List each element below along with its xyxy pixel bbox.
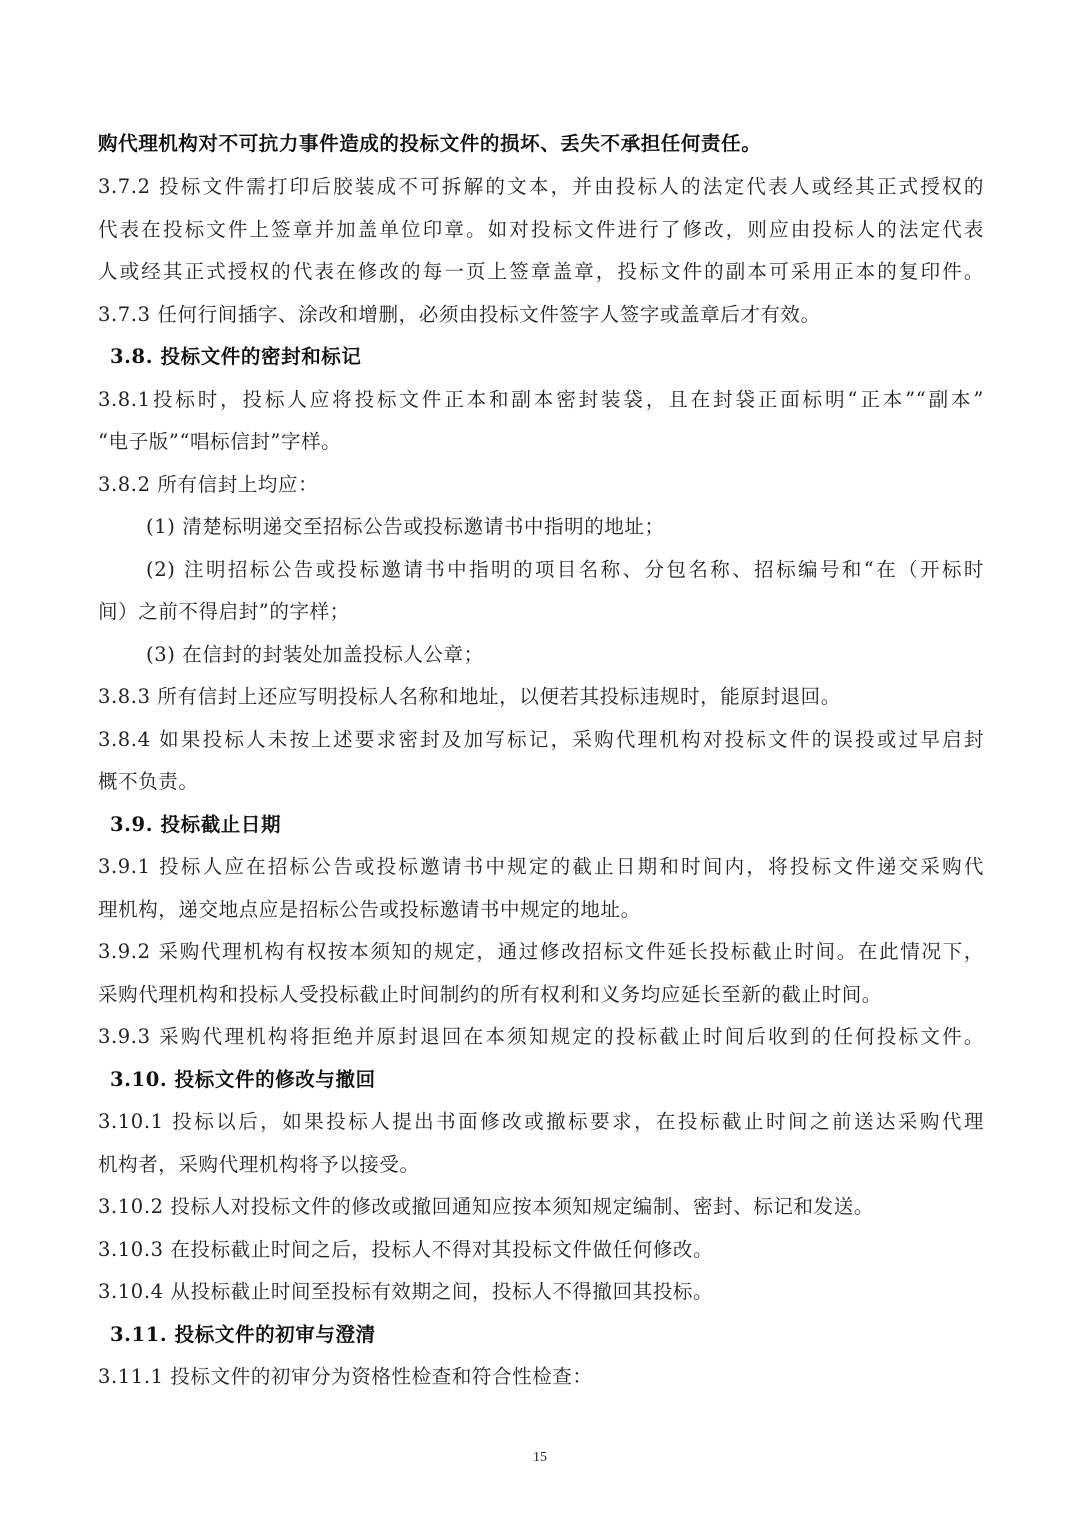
list-item-2: (2) 注明招标公告或投标邀请书中指明的项目名称、分包名称、招标编号和“在（开标… (146, 556, 984, 584)
clause-3-9-3: 3.9.3 采购代理机构将拒绝并原封退回在本须知规定的投标截止时间后收到的任何投… (98, 1023, 984, 1051)
clause-3-10-4: 3.10.4 从投标截止时间至投标有效期之间，投标人不得撤回其投标。 (98, 1278, 984, 1306)
paragraph-line: 人或经其正式授权的代表在修改的每一页上签章盖章，投标文件的副本可采用正本的复印件… (98, 258, 984, 286)
paragraph-line: “电子版”“唱标信封”字样。 (98, 428, 984, 456)
clause-3-10-3: 3.10.3 在投标截止时间之后，投标人不得对其投标文件做任何修改。 (98, 1236, 984, 1264)
clause-3-9-1: 3.9.1 投标人应在招标公告或投标邀请书中规定的截止日期和时间内，将投标文件递… (98, 853, 984, 881)
page-number: 15 (0, 1450, 1080, 1466)
list-item-3: (3) 在信封的封装处加盖投标人公章； (146, 641, 984, 669)
paragraph-line: 间）之前不得启封”的字样； (98, 598, 984, 626)
clause-3-8-2: 3.8.2 所有信封上均应： (98, 471, 984, 499)
paragraph-line: 代表在投标文件上签章并加盖单位印章。如对投标文件进行了修改，则应由投标人的法定代… (98, 216, 984, 244)
clause-3-8-3: 3.8.3 所有信封上还应写明投标人名称和地址，以便若其投标违规时，能原封退回。 (98, 683, 984, 711)
clause-3-11-1: 3.11.1 投标文件的初审分为资格性检查和符合性检查： (98, 1363, 984, 1391)
section-heading-3-10: 3.10. 投标文件的修改与撤回 (110, 1066, 996, 1094)
clause-3-7-2: 3.7.2 投标文件需打印后胶装成不可拆解的文本，并由投标人的法定代表人或经其正… (98, 173, 984, 201)
paragraph-line: 机构者，采购代理机构将予以接受。 (98, 1151, 984, 1179)
paragraph-line: 采购代理机构和投标人受投标截止时间制约的所有权利和义务均应延长至新的截止时间。 (98, 981, 984, 1009)
list-item-1: (1) 清楚标明递交至招标公告或投标邀请书中指明的地址； (146, 513, 984, 541)
paragraph-line: 理机构，递交地点应是招标公告或投标邀请书中规定的地址。 (98, 896, 984, 924)
clause-3-8-4: 3.8.4 如果投标人未按上述要求密封及加写标记，采购代理机构对投标文件的误投或… (98, 726, 984, 754)
clause-3-10-2: 3.10.2 投标人对投标文件的修改或撤回通知应按本须知规定编制、密封、标记和发… (98, 1193, 984, 1221)
paragraph-line: 概不负责。 (98, 768, 984, 796)
paragraph-line: 购代理机构对不可抗力事件造成的投标文件的损坏、丢失不承担任何责任。 (98, 130, 984, 158)
clause-3-7-3: 3.7.3 任何行间插字、涂改和增删，必须由投标文件签字人签字或盖章后才有效。 (98, 301, 984, 329)
document-page: 购代理机构对不可抗力事件造成的投标文件的损坏、丢失不承担任何责任。 3.7.2 … (0, 0, 1080, 1527)
clause-3-8-1: 3.8.1投标时，投标人应将投标文件正本和副本密封装袋，且在封袋正面标明“正本”… (98, 386, 984, 414)
section-heading-3-9: 3.9. 投标截止日期 (110, 811, 996, 839)
clause-3-10-1: 3.10.1 投标以后，如果投标人提出书面修改或撤标要求，在投标截止时间之前送达… (98, 1108, 984, 1136)
section-heading-3-8: 3.8. 投标文件的密封和标记 (110, 343, 996, 371)
clause-3-9-2: 3.9.2 采购代理机构有权按本须知的规定，通过修改招标文件延长投标截止时间。在… (98, 938, 984, 966)
section-heading-3-11: 3.11. 投标文件的初审与澄清 (110, 1321, 996, 1349)
